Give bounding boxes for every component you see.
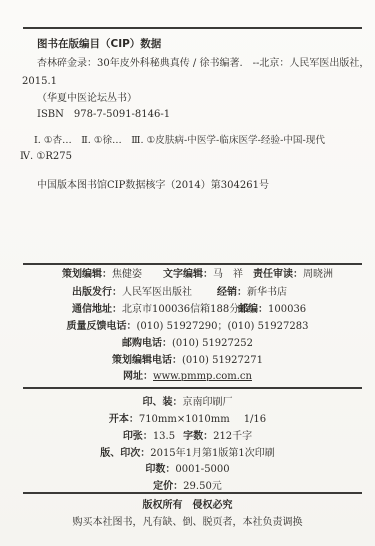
website-label: 网址： [123,371,153,382]
price-label: 定价： [153,481,183,492]
printer-value: 京南印刷厂 [183,397,233,408]
zip-code: 邮编：100036 [238,303,306,316]
price-value: 29.50元 [183,481,222,492]
copyright-notice: 版权所有 侵权必究 [0,499,375,512]
bottom-rule [23,492,362,494]
distributor-label: 经销： [217,287,247,298]
mail-order-phone: 邮购电话：(010) 51927252 [0,337,375,350]
sheets-row: 印张：13.5字数：212千字 [0,430,375,443]
feedback-phone: 质量反馈电话：(010) 51927290；(010) 51927283 [0,320,375,333]
edition-value: 2015年1月第1版第1次印刷 [150,448,275,459]
copyright-page: 图书在版编目（CIP）数据 杏林碎金录：30年皮外科秘典真传 / 徐书编著. -… [0,0,375,546]
zip-label: 邮编： [238,304,268,315]
text-editor-value: 马 祥 [213,269,243,280]
middle-rule-2 [23,387,362,389]
publisher-value: 人民军医出版社 [122,287,192,298]
sheets-value: 13.5 [153,431,175,442]
editor-phone-label: 策划编辑电话： [112,355,182,366]
staff-text-editor: 文字编辑：马 祥 [163,268,243,281]
publisher-row: 出版发行：人民军医出版社 [72,286,192,299]
format-label: 开本： [109,414,139,425]
series-title: （华夏中医论坛丛书） [37,92,137,105]
format-ratio: 1/16 [244,414,266,425]
website-url: www.pmmp.com.cn [153,371,252,382]
cip-description-line1: 杏林碎金录：30年皮外科秘典真传 / 徐书编著. --北京：人民军医出版社， [37,57,369,70]
top-rule [23,27,362,29]
zip-value: 100036 [268,304,306,315]
distributor-value: 新华书店 [247,287,287,298]
isbn: ISBN 978-7-5091-8146-1 [37,108,170,121]
staff-review-editor: 责任审读：周晓洲 [253,268,333,281]
review-editor-label: 责任审读： [253,269,303,280]
edition-row: 版、印次：2015年1月第1版第1次印刷 [0,447,375,460]
exchange-notice: 购买本社图书，凡有缺、倒、脱页者，本社负责调换 [0,516,375,529]
address-value: 北京市100036信箱188分箱 [122,304,249,315]
print-run-label: 印数： [145,464,175,475]
text-editor-label: 文字编辑： [163,269,213,280]
sheets-label: 印张： [123,431,153,442]
format-value: 710mm×1010mm [139,414,230,425]
classification-line1: Ⅰ. ①杏… Ⅱ. ①徐… Ⅲ. ①皮肤病-中医学-临床医学-经验-中国-现代 [34,134,325,147]
mail-order-phone-label: 邮购电话： [122,338,172,349]
distributor: 经销：新华书店 [217,286,287,299]
word-count-label: 字数： [183,431,213,442]
staff-planning-editor: 策划编辑：焦健姿 [62,268,142,281]
cip-record-number: 中国版本图书馆CIP数据核字（2014）第304261号 [37,179,269,192]
format-row: 开本：710mm×1010mm1/16 [0,413,375,426]
publisher-label: 出版发行： [72,287,122,298]
print-run-value: 0001-5000 [175,464,229,475]
planning-editor-label: 策划编辑： [62,269,112,280]
feedback-phone-value: (010) 51927290；(010) 51927283 [137,321,309,332]
editor-phone-value: (010) 51927271 [182,355,263,366]
review-editor-value: 周晓洲 [303,269,333,280]
edition-label: 版、印次： [100,448,150,459]
printer-row: 印、装：京南印刷厂 [0,396,375,409]
planning-editor-value: 焦健姿 [112,269,142,280]
cip-header: 图书在版编目（CIP）数据 [37,38,161,51]
print-run-row: 印数：0001-5000 [0,463,375,476]
website-row: 网址：www.pmmp.com.cn [0,370,375,383]
address-label: 通信地址： [72,304,122,315]
classification-line2: Ⅳ. ①R275 [20,150,72,163]
word-count-value: 212千字 [213,431,252,442]
middle-rule-1 [23,263,362,265]
postal-address: 通信地址：北京市100036信箱188分箱 [72,303,249,316]
mail-order-phone-value: (010) 51927252 [172,338,253,349]
printer-label: 印、装： [143,397,183,408]
cip-description-line2: 2015.1 [22,75,57,88]
editor-phone: 策划编辑电话：(010) 51927271 [0,354,375,367]
feedback-phone-label: 质量反馈电话： [67,321,137,332]
